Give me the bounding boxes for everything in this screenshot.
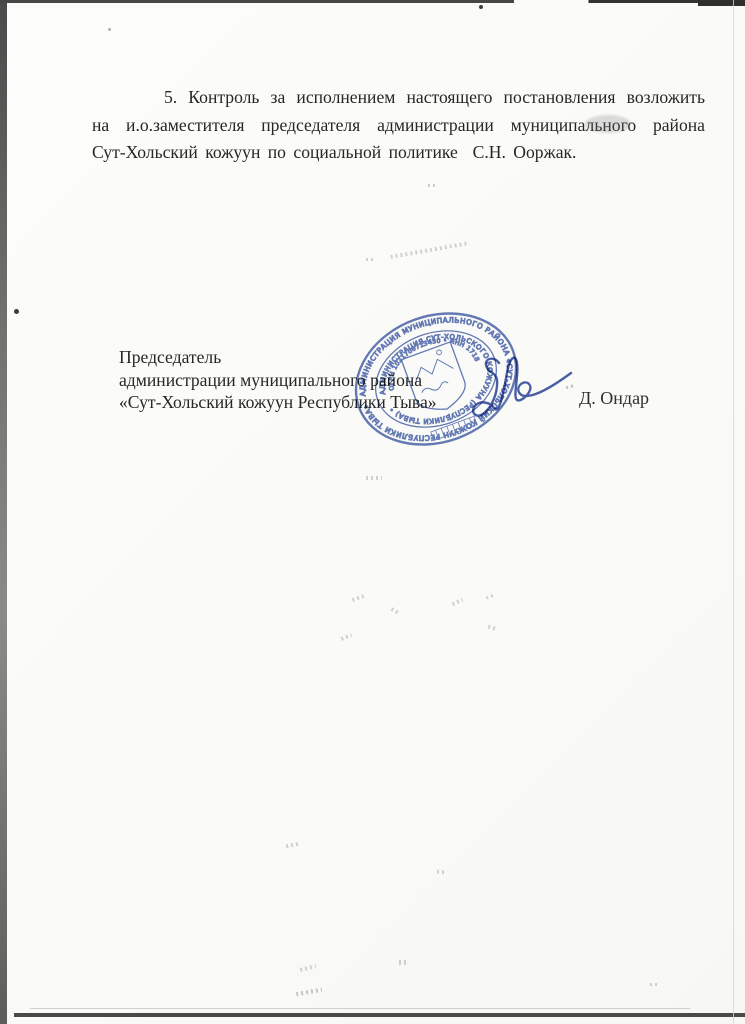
paragraph-line: 5. Контроль за исполнением настоящего по… bbox=[92, 84, 705, 112]
scan-blot bbox=[585, 115, 631, 133]
scan-speck bbox=[14, 309, 19, 314]
scanned-document-page: 5. Контроль за исполнением настоящего по… bbox=[0, 0, 745, 1024]
scan-edge-top-right bbox=[698, 0, 745, 6]
scan-smudge bbox=[341, 633, 353, 641]
scan-edge-top bbox=[0, 0, 745, 3]
scan-smudge bbox=[300, 964, 316, 972]
scan-edge-left bbox=[0, 0, 7, 1024]
scan-smudge bbox=[352, 594, 365, 602]
scan-speck bbox=[479, 5, 483, 9]
paragraph-line: Сут-Хольский кожуун по социальной полити… bbox=[92, 139, 705, 167]
scan-smudge bbox=[286, 842, 300, 849]
scan-smudge bbox=[399, 960, 407, 965]
scan-smudge bbox=[366, 476, 382, 480]
scan-smudge bbox=[650, 983, 657, 986]
scan-smudge bbox=[488, 625, 499, 631]
scan-smudge bbox=[296, 988, 322, 996]
scan-smudge bbox=[366, 258, 376, 261]
scan-edge-right bbox=[733, 0, 734, 1024]
scan-smudge bbox=[437, 869, 447, 874]
scan-smudge bbox=[452, 598, 464, 606]
handwritten-signature-ink bbox=[440, 340, 600, 435]
scan-smudge bbox=[428, 184, 437, 187]
scan-edge-bottom bbox=[14, 1013, 745, 1017]
scan-smudge bbox=[486, 594, 495, 600]
scan-edge-bottom-faint bbox=[30, 1008, 690, 1009]
scan-speck bbox=[108, 28, 111, 31]
scan-smudge bbox=[391, 607, 400, 614]
scan-smudge bbox=[390, 241, 469, 259]
